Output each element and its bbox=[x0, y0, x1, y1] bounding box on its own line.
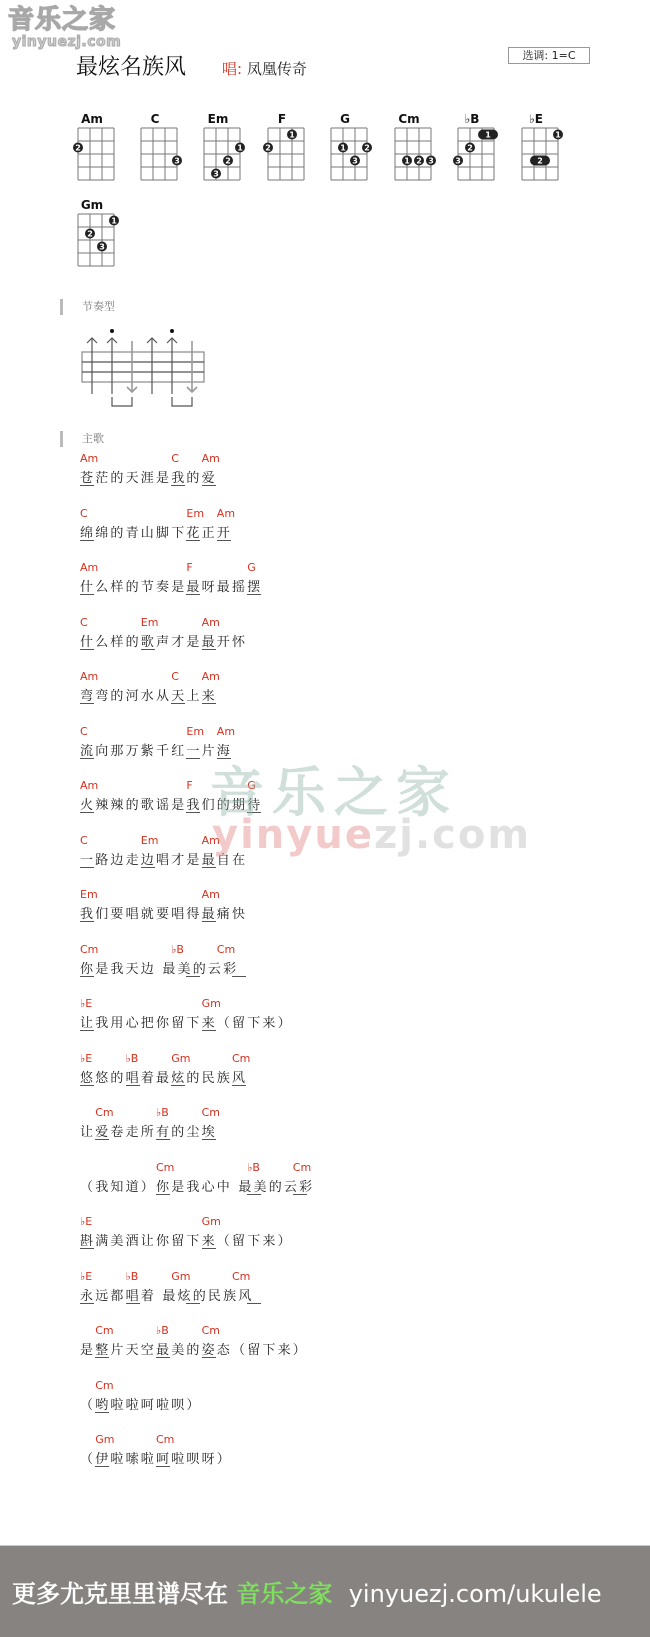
beat-underline bbox=[186, 540, 200, 541]
chord-label: Em bbox=[80, 888, 98, 901]
beat-underline bbox=[202, 921, 216, 922]
lyric-text: 什么样的歌声才是最开怀 bbox=[80, 631, 247, 650]
beat-underline bbox=[80, 758, 94, 759]
chord-label: Gm bbox=[202, 1215, 221, 1228]
lyric-text: 我们要唱就要唱得最痛快 bbox=[80, 903, 247, 922]
svg-text:1: 1 bbox=[555, 131, 561, 140]
site-logo[interactable]: 音乐之家 yinyuezj.com bbox=[8, 6, 148, 54]
chord-label: Cm bbox=[95, 1324, 113, 1337]
chord-label: ♭B bbox=[126, 1052, 139, 1065]
chord-label: ♭B bbox=[156, 1106, 169, 1119]
beat-underline bbox=[80, 540, 94, 541]
chord-label: Cm bbox=[95, 1106, 113, 1119]
beat-underline bbox=[232, 1085, 246, 1086]
chord-label: C bbox=[80, 507, 88, 520]
chord-label: Em bbox=[186, 725, 204, 738]
chord-label: Am bbox=[80, 561, 98, 574]
beat-underline bbox=[202, 485, 216, 486]
lyric-text: （我知道）你是我心中 最美的云彩 bbox=[80, 1176, 314, 1195]
chord-label: Cm bbox=[95, 1379, 113, 1392]
beat-underline bbox=[202, 1030, 216, 1031]
beat-underline bbox=[293, 1194, 307, 1195]
beat-underline bbox=[186, 758, 200, 759]
section-rhythm: 节奏型 bbox=[60, 299, 115, 315]
chord-label: Gm bbox=[171, 1270, 190, 1283]
chord-label: Cm bbox=[80, 943, 98, 956]
chord-label: Cm bbox=[232, 1270, 250, 1283]
chord-label: ♭B bbox=[156, 1324, 169, 1337]
beat-underline bbox=[80, 1303, 94, 1304]
beat-underline bbox=[186, 976, 200, 977]
beat-underline bbox=[202, 703, 216, 704]
svg-text:1: 1 bbox=[404, 157, 410, 166]
chord-label: Cm bbox=[232, 1052, 250, 1065]
watermark-en: yinyuezj.com bbox=[212, 812, 531, 858]
fretboard-grid: 12 bbox=[262, 126, 310, 182]
lyric-text: 让爱卷走所有的尘埃 bbox=[80, 1121, 217, 1140]
beat-underline bbox=[95, 1139, 109, 1140]
chord-label: C bbox=[171, 452, 179, 465]
beat-underline bbox=[232, 976, 246, 977]
fretboard-grid: 12 bbox=[516, 126, 564, 182]
svg-text:1: 1 bbox=[237, 144, 243, 153]
chord-label: Em bbox=[141, 616, 159, 629]
chord-label: G bbox=[247, 561, 256, 574]
fretboard-grid: 123 bbox=[198, 126, 246, 182]
chord-label: Gm bbox=[171, 1052, 190, 1065]
chord-label: Am bbox=[202, 452, 220, 465]
beat-underline bbox=[247, 1194, 261, 1195]
singer-info: 唱: 凤凰传奇 bbox=[222, 58, 307, 79]
beat-underline bbox=[217, 540, 231, 541]
chord-label: Am bbox=[80, 452, 98, 465]
chord-label: Am bbox=[202, 888, 220, 901]
chord-name: Cm bbox=[389, 112, 429, 126]
svg-text:2: 2 bbox=[75, 144, 81, 153]
chord-label: Am bbox=[202, 616, 220, 629]
strum-pattern-diagram bbox=[76, 325, 206, 410]
svg-text:1: 1 bbox=[111, 217, 117, 226]
chord-name: ♭B bbox=[452, 112, 492, 126]
lyric-text: 苍茫的天涯是我的爱 bbox=[80, 467, 217, 486]
beat-underline bbox=[247, 594, 261, 595]
beat-underline bbox=[156, 1139, 170, 1140]
lyric-text: 绵绵的青山脚下花正开 bbox=[80, 522, 232, 541]
lyric-text: 弯弯的河水从天上来 bbox=[80, 685, 217, 704]
chord-label: ♭E bbox=[80, 997, 92, 1010]
lyric-text: 永远都唱着 最炫的民族风 bbox=[80, 1285, 254, 1304]
fretboard-grid: 3 bbox=[135, 126, 183, 182]
beat-underline bbox=[156, 1357, 170, 1358]
beat-underline bbox=[126, 1085, 140, 1086]
beat-underline bbox=[80, 921, 94, 922]
beat-underline bbox=[171, 703, 185, 704]
beat-underline bbox=[171, 485, 185, 486]
beat-underline bbox=[95, 1412, 109, 1413]
lyric-text: 你是我天边 最美的云彩 bbox=[80, 958, 238, 977]
chord-label: Am bbox=[202, 670, 220, 683]
lyric-text: 什么样的节奏是最呀最摇摆 bbox=[80, 576, 262, 595]
chord-name: Gm bbox=[72, 198, 112, 212]
beat-underline bbox=[126, 1303, 140, 1304]
song-title: 最炫名族风 bbox=[76, 50, 186, 81]
beat-underline bbox=[202, 867, 216, 868]
beat-underline bbox=[156, 1466, 170, 1467]
beat-underline bbox=[186, 812, 200, 813]
key-selector[interactable]: 选调: 1=C bbox=[508, 47, 590, 64]
chord-label: Am bbox=[217, 507, 235, 520]
lyric-text: （哟啦啦呵啦呗） bbox=[80, 1394, 202, 1413]
svg-text:3: 3 bbox=[99, 243, 105, 252]
chord-label: ♭E bbox=[80, 1270, 92, 1283]
svg-text:3: 3 bbox=[213, 170, 219, 179]
chord-label: F bbox=[186, 561, 192, 574]
singer-label: 唱: bbox=[222, 60, 242, 78]
lyric-text: 悠悠的唱着最炫的民族风 bbox=[80, 1067, 247, 1086]
svg-text:2: 2 bbox=[416, 157, 422, 166]
svg-text:1: 1 bbox=[289, 131, 295, 140]
beat-underline bbox=[80, 485, 94, 486]
chord-name: F bbox=[262, 112, 302, 126]
footer-brand: 音乐之家 bbox=[236, 1580, 332, 1608]
chord-label: Cm bbox=[156, 1433, 174, 1446]
chord-label: Am bbox=[80, 670, 98, 683]
fretboard-grid: 123 bbox=[325, 126, 373, 182]
beat-underline bbox=[186, 594, 200, 595]
chord-name: Em bbox=[198, 112, 238, 126]
svg-text:3: 3 bbox=[428, 157, 434, 166]
chord-label: Cm bbox=[202, 1106, 220, 1119]
lyric-text: 是整片天空最美的姿态（留下来） bbox=[80, 1339, 308, 1358]
beat-underline bbox=[186, 1303, 200, 1304]
chord-label: ♭B bbox=[126, 1270, 139, 1283]
singer-name: 凤凰传奇 bbox=[247, 60, 307, 78]
chord-label: Cm bbox=[156, 1161, 174, 1174]
chord-name: ♭E bbox=[516, 112, 556, 126]
svg-text:2: 2 bbox=[87, 230, 93, 239]
svg-text:2: 2 bbox=[225, 157, 231, 166]
chord-label: C bbox=[80, 725, 88, 738]
chord-label: C bbox=[80, 616, 88, 629]
fretboard-grid: 123 bbox=[389, 126, 437, 182]
chord-name: C bbox=[135, 112, 175, 126]
beat-underline bbox=[202, 1248, 216, 1249]
chord-label: C bbox=[171, 670, 179, 683]
chord-label: Am bbox=[217, 725, 235, 738]
chord-name: Am bbox=[72, 112, 112, 126]
beat-underline bbox=[171, 1085, 185, 1086]
chord-label: Am bbox=[80, 779, 98, 792]
beat-underline bbox=[156, 1194, 170, 1195]
beat-underline bbox=[202, 1139, 216, 1140]
svg-text:1: 1 bbox=[340, 144, 346, 153]
chord-label: Cm bbox=[217, 943, 235, 956]
beat-underline bbox=[202, 1357, 216, 1358]
footer-banner[interactable]: 更多尤克里里谱尽在 音乐之家 yinyuezj.com/ukulele bbox=[0, 1545, 650, 1637]
chord-label: C bbox=[80, 834, 88, 847]
svg-text:2: 2 bbox=[467, 144, 473, 153]
footer-url[interactable]: yinyuezj.com/ukulele bbox=[349, 1580, 602, 1608]
chord-label: ♭B bbox=[247, 1161, 260, 1174]
footer-text: 更多尤克里里谱尽在 音乐之家 yinyuezj.com/ukulele bbox=[12, 1574, 602, 1609]
fretboard-grid: 123 bbox=[452, 126, 500, 182]
beat-underline bbox=[80, 976, 94, 977]
beat-underline bbox=[80, 1085, 94, 1086]
svg-text:2: 2 bbox=[364, 144, 370, 153]
beat-underline bbox=[80, 867, 94, 868]
svg-text:2: 2 bbox=[265, 144, 271, 153]
chord-label: Em bbox=[141, 834, 159, 847]
chord-label: Cm bbox=[293, 1161, 311, 1174]
beat-underline bbox=[95, 1466, 109, 1467]
beat-underline bbox=[80, 703, 94, 704]
beat-underline bbox=[202, 649, 216, 650]
chord-name: G bbox=[325, 112, 365, 126]
beat-underline bbox=[80, 812, 94, 813]
svg-text:3: 3 bbox=[352, 157, 358, 166]
beat-underline bbox=[80, 1248, 94, 1249]
logo-en: yinyuezj.com bbox=[8, 34, 148, 50]
beat-underline bbox=[141, 649, 155, 650]
beat-underline bbox=[80, 649, 94, 650]
chord-label: Cm bbox=[202, 1324, 220, 1337]
logo-cn: 音乐之家 bbox=[8, 6, 148, 34]
svg-text:2: 2 bbox=[537, 157, 543, 166]
beat-underline bbox=[95, 1357, 109, 1358]
lyric-text: 斟满美酒让你留下来（留下来） bbox=[80, 1230, 293, 1249]
svg-text:3: 3 bbox=[455, 157, 461, 166]
chord-label: ♭E bbox=[80, 1052, 92, 1065]
section-verse: 主歌 bbox=[60, 431, 104, 447]
chord-label: Em bbox=[186, 507, 204, 520]
beat-underline bbox=[247, 1303, 261, 1304]
svg-text:1: 1 bbox=[485, 131, 491, 140]
chord-label: F bbox=[186, 779, 192, 792]
beat-underline bbox=[80, 1030, 94, 1031]
chord-label: ♭B bbox=[171, 943, 184, 956]
lyric-text: 让我用心把你留下来（留下来） bbox=[80, 1012, 293, 1031]
chord-label: ♭E bbox=[80, 1215, 92, 1228]
fretboard-grid: 2 bbox=[72, 126, 120, 182]
fretboard-grid: 123 bbox=[72, 212, 120, 268]
chord-label: Gm bbox=[202, 997, 221, 1010]
lyric-text: （伊啦嗦啦呵啦呗呀） bbox=[80, 1448, 232, 1467]
svg-text:3: 3 bbox=[174, 157, 180, 166]
beat-underline bbox=[141, 867, 155, 868]
beat-underline bbox=[80, 594, 94, 595]
chord-label: Gm bbox=[95, 1433, 114, 1446]
